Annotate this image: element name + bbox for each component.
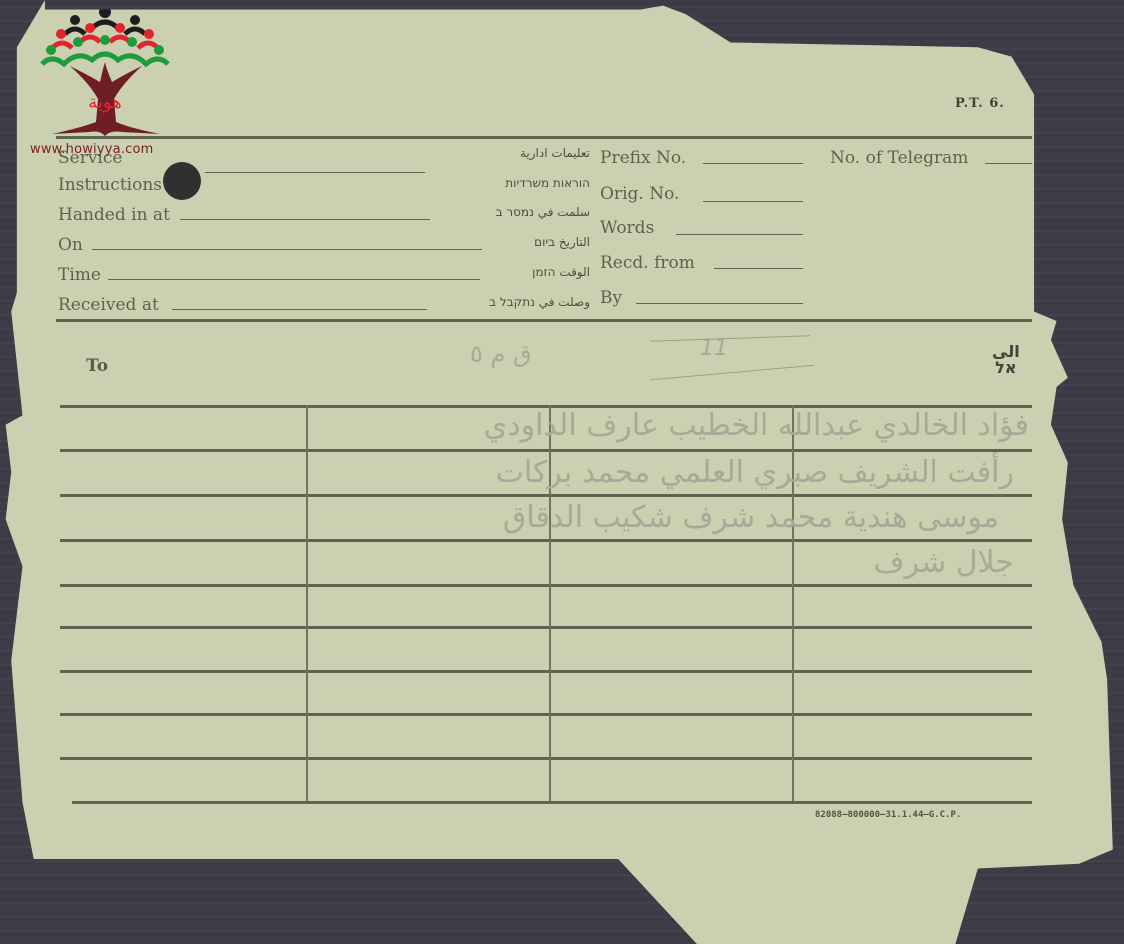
- handed-in-at-line[interactable]: [180, 219, 430, 220]
- top-rule: [56, 136, 1032, 139]
- service-line[interactable]: [205, 172, 425, 173]
- to-stroke-bottom: [650, 365, 814, 380]
- grid-bottom-rule: [72, 801, 1032, 804]
- on-line[interactable]: [92, 249, 482, 250]
- grid-line-3: [60, 539, 1032, 542]
- words-label: Words: [600, 218, 654, 238]
- received-at-line[interactable]: [172, 309, 427, 310]
- grid-line-7: [60, 713, 1032, 716]
- grid-col-divider-1: [306, 405, 308, 801]
- message-line-2: رأفت الشريف صبري العلمي محمد بركات: [496, 455, 1014, 490]
- words-line[interactable]: [676, 234, 803, 235]
- message-line-1: فؤاد الخالدي عبدالله الخطيب عارف الداودي: [484, 408, 1029, 443]
- punch-hole: [163, 162, 201, 200]
- by-label: By: [600, 288, 622, 308]
- by-line[interactable]: [636, 303, 803, 304]
- grid-line-1: [60, 449, 1032, 452]
- orig-no-line[interactable]: [703, 201, 803, 202]
- grid-line-6: [60, 670, 1032, 673]
- to-stroke-top: [650, 335, 810, 342]
- message-line-4: جلال شرف: [873, 545, 1014, 580]
- print-code: 82088—800000—31.1.44—G.C.P.: [815, 810, 961, 820]
- prefix-no-label: Prefix No.: [600, 148, 686, 168]
- orig-no-label: Orig. No.: [600, 184, 679, 204]
- telegram-no-label: No. of Telegram: [830, 148, 968, 168]
- grid-line-5: [60, 626, 1032, 629]
- to-handwritten: ق م ٥: [470, 340, 532, 368]
- recd-from-label: Recd. from: [600, 253, 695, 273]
- message-line-3: موسى هندية محمد شرف شكيب الدقاق: [503, 500, 999, 535]
- prefix-no-line[interactable]: [703, 163, 803, 164]
- form-code: P.T. 6.: [955, 96, 1005, 111]
- telegram-no-line[interactable]: [985, 163, 1032, 164]
- to-label-rtl: الى אל: [992, 344, 1020, 376]
- svg-text:هوية: هوية: [88, 92, 121, 113]
- grid-line-2: [60, 494, 1032, 497]
- recd-from-line[interactable]: [714, 268, 803, 269]
- telegram-form: هوية www.howiyya.com P.T. 6. Service تعل…: [0, 0, 1124, 944]
- grid-line-4: [60, 584, 1032, 587]
- grid-line-8: [60, 757, 1032, 760]
- header-bottom-rule: [56, 319, 1032, 322]
- to-label: To: [86, 356, 108, 376]
- time-line[interactable]: [108, 279, 480, 280]
